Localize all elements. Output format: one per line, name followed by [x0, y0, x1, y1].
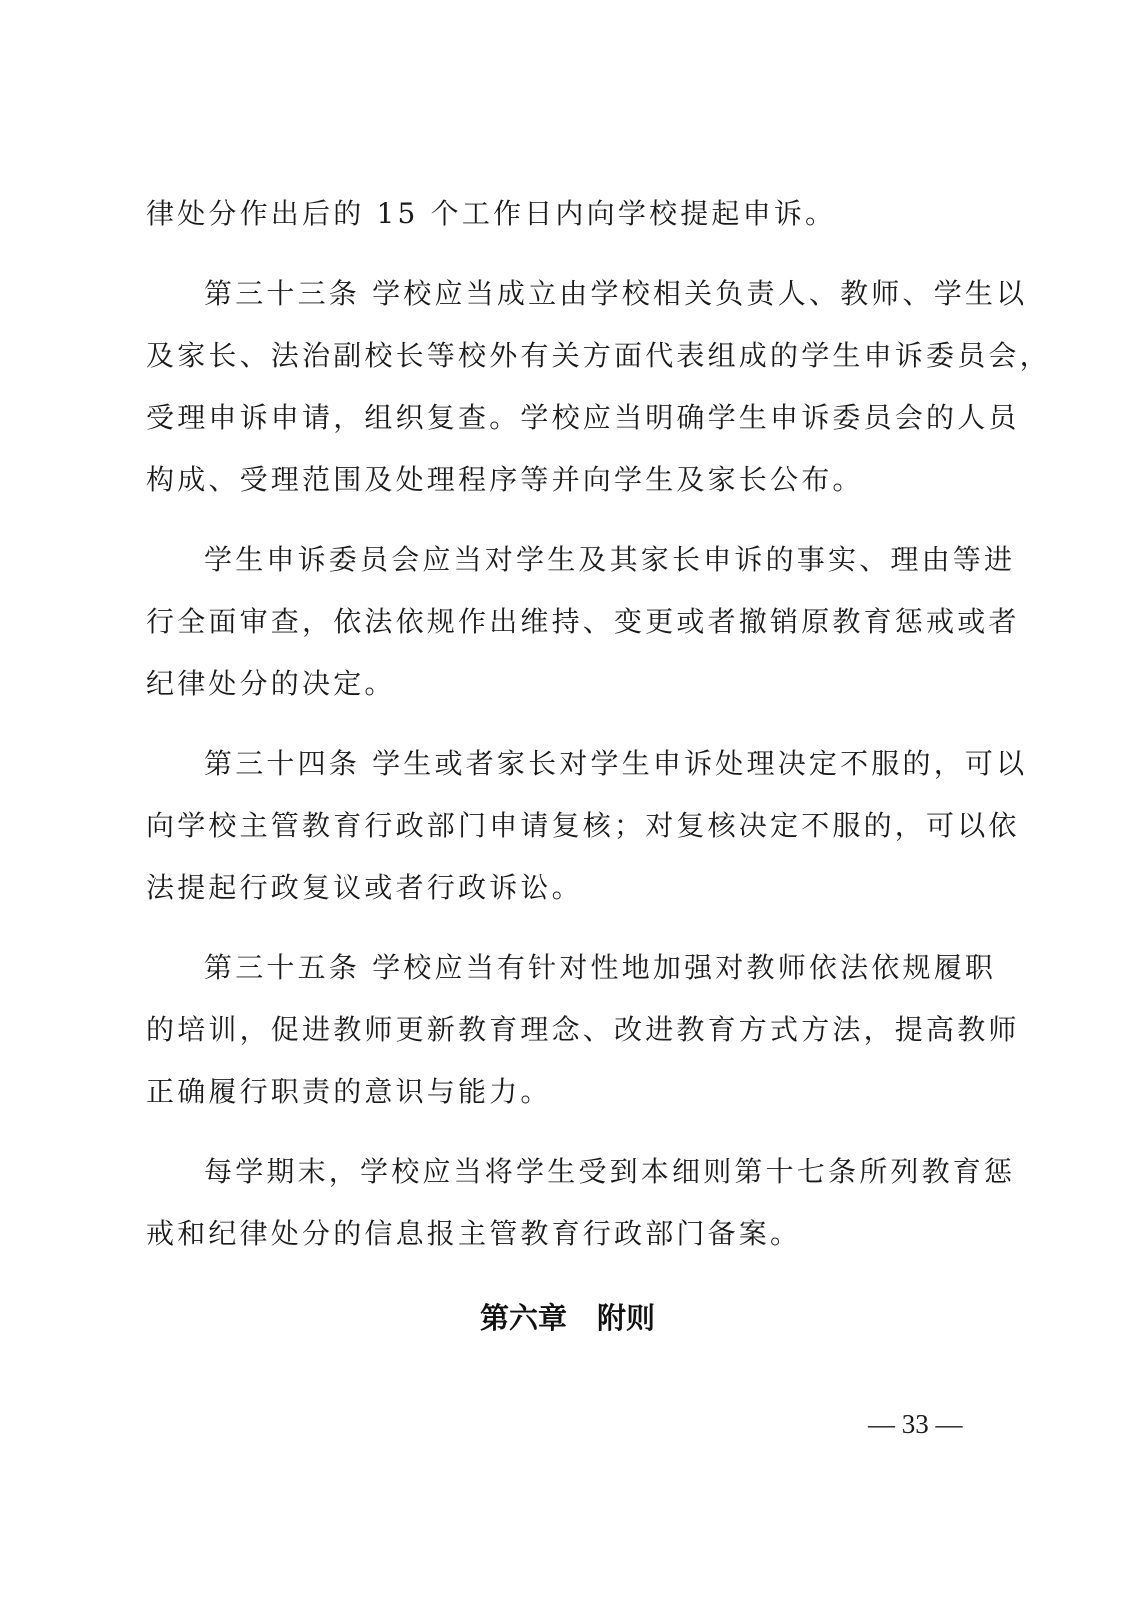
text-line: 律处分作出后的 15 个工作日内向学校提起申诉。	[146, 194, 836, 234]
article-34-line: 第三十四条 学生或者家长对学生申诉处理决定不服的，可以	[204, 744, 981, 784]
text-line: 构成、受理范围及处理程序等并向学生及家长公布。	[146, 460, 864, 500]
text-line: 法提起行政复议或者行政诉讼。	[146, 868, 583, 908]
page-number: — 33 —	[868, 1406, 963, 1442]
document-page: 律处分作出后的 15 个工作日内向学校提起申诉。 第三十三条 学校应当成立由学校…	[0, 0, 1131, 1600]
text-line: 向学校主管教育行政部门申请复核；对复核决定不服的，可以依	[146, 806, 981, 846]
paragraph-start-line: 每学期末，学校应当将学生受到本细则第十七条所列教育惩	[204, 1152, 981, 1192]
text-line: 受理申诉申请，组织复查。学校应当明确学生申诉委员会的人员	[146, 398, 981, 438]
text-line: 戒和纪律处分的信息报主管教育行政部门备案。	[146, 1214, 801, 1254]
text-line: 及家长、法治副校长等校外有关方面代表组成的学生申诉委员会，	[146, 336, 981, 376]
chapter-heading: 第六章 附则	[0, 1298, 1131, 1338]
paragraph-start-line: 学生申诉委员会应当对学生及其家长申诉的事实、理由等进	[204, 540, 981, 580]
text-line: 的培训，促进教师更新教育理念、改进教育方式方法，提高教师	[146, 1010, 981, 1050]
text-line: 正确履行职责的意识与能力。	[146, 1072, 552, 1112]
article-33-line: 第三十三条 学校应当成立由学校相关负责人、教师、学生以	[204, 274, 981, 314]
text-line: 纪律处分的决定。	[146, 664, 396, 704]
article-35-line: 第三十五条 学校应当有针对性地加强对教师依法依规履职	[204, 948, 981, 988]
text-line: 行全面审查，依法依规作出维持、变更或者撤销原教育惩戒或者	[146, 602, 981, 642]
